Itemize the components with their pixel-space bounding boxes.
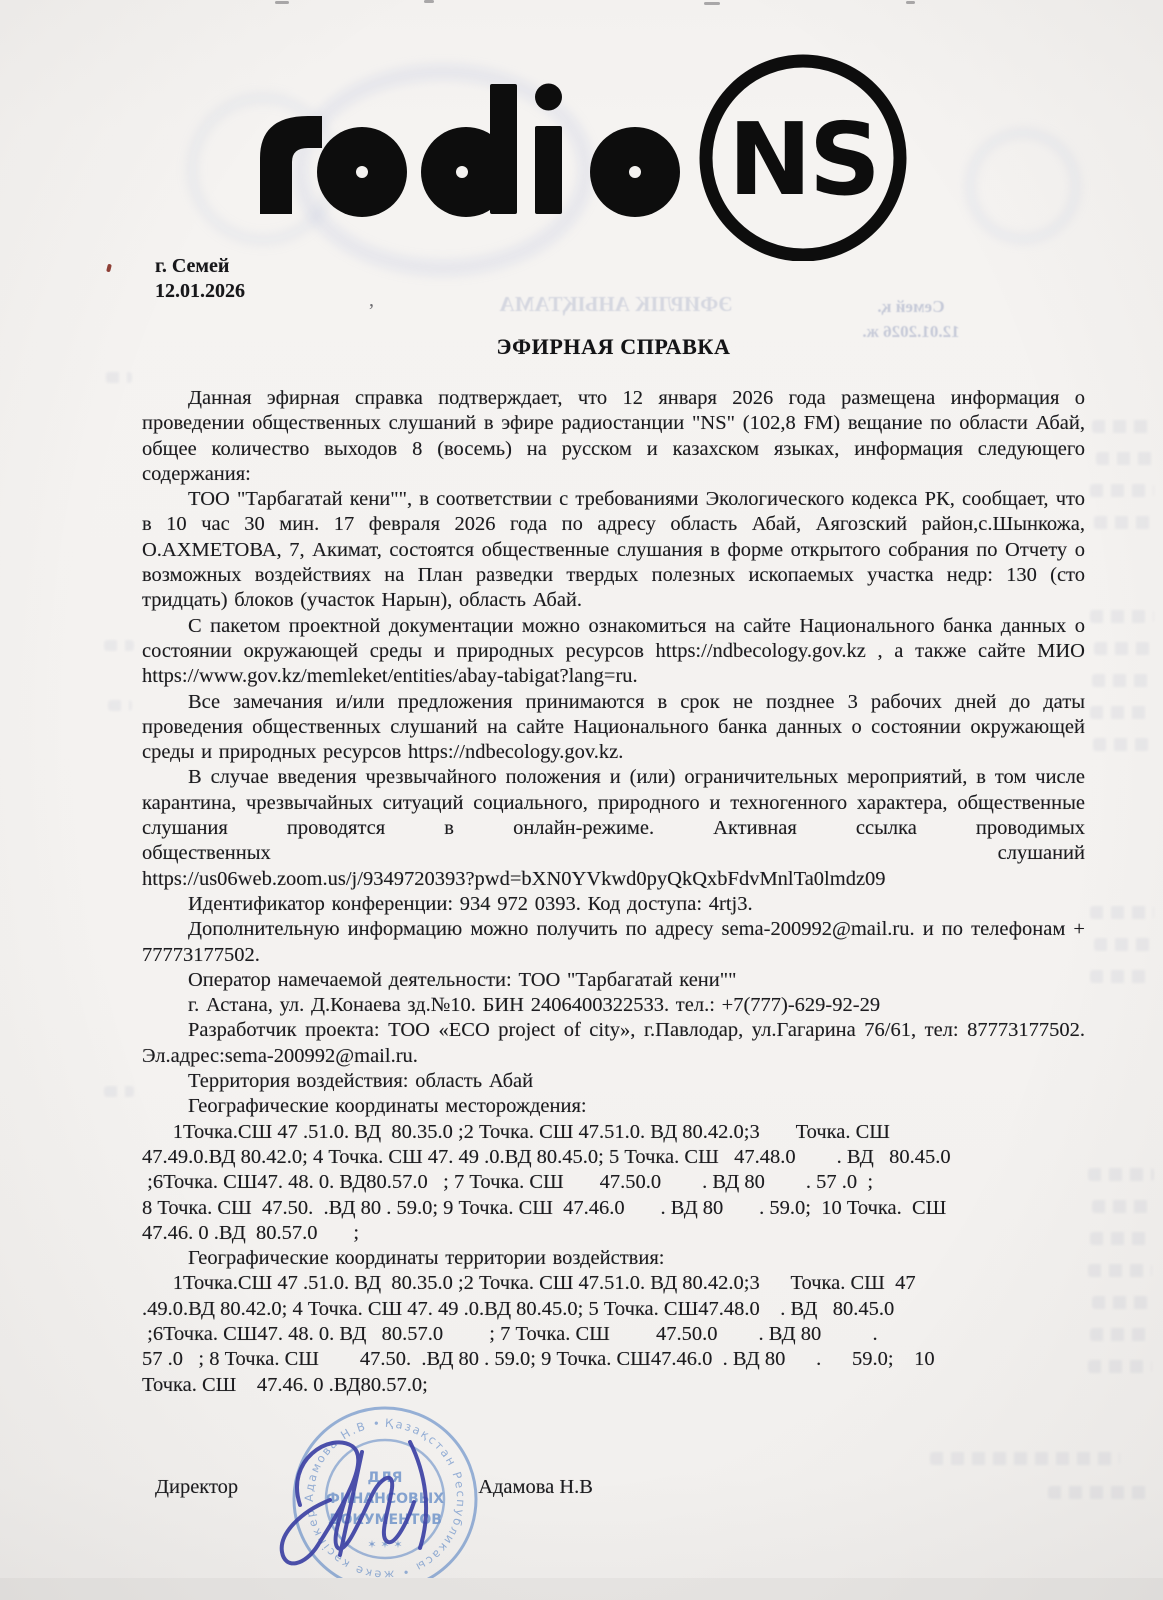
director-label: Директор — [155, 1476, 238, 1499]
paragraph: Разработчик проекта: ТОО «ECO project of… — [142, 1018, 1085, 1069]
bleedthrough-city: Семей қ. — [842, 294, 980, 319]
letter-r — [260, 116, 322, 214]
bleedthrough-smudge — [104, 1086, 134, 1097]
letter-i-dot — [535, 84, 562, 111]
bleedthrough-smudge — [1090, 484, 1154, 497]
bleedthrough-smudge — [1090, 706, 1152, 719]
bleedthrough-smudge — [1088, 1168, 1154, 1181]
bleedthrough-smudge — [108, 700, 132, 711]
scan-edge-speck — [704, 2, 720, 5]
document-title: ЭФИРНАЯ СПРАВКА — [497, 334, 731, 359]
paragraph: С пакетом проектной документации можно о… — [142, 614, 1085, 690]
bleedthrough-smudge — [1094, 516, 1152, 529]
body-text: Данная эфирная справка подтверждает, что… — [142, 386, 1085, 1398]
scan-edge-speck — [906, 1, 915, 4]
bleedthrough-smudge — [1088, 1264, 1152, 1277]
bleedthrough-smudge — [1090, 1232, 1152, 1245]
bleedthrough-smudge — [1092, 420, 1154, 433]
handwritten-signature — [240, 1412, 500, 1572]
paragraph: В случае введения чрезвычайного положени… — [142, 765, 1085, 841]
bleedthrough-smudge — [1090, 906, 1154, 919]
coords-impact: 1Точка.СШ 47 .51.0. ВД 80.35.0 ;2 Точка.… — [142, 1271, 1085, 1397]
pen-tick-mark — [106, 264, 112, 273]
stray-ink-mark: ’ — [368, 300, 375, 323]
paragraph: Дополнительную информацию можно получить… — [142, 917, 1085, 968]
bleedthrough-kazakh-title: ЭФИРЛІК АНЫҚТАМА — [420, 292, 812, 317]
paragraph: Географические координаты территории воз… — [142, 1246, 1085, 1271]
paragraph: Географические координаты месторождения: — [142, 1094, 1085, 1119]
bleedthrough-smudge — [1090, 970, 1152, 983]
bleedthrough-smudge — [1092, 1296, 1148, 1309]
scan-edge-band — [0, 1578, 1163, 1600]
title-wrap: ЭФИРНАЯ СПРАВКА — [142, 334, 1085, 360]
logo-bleedthrough-ring — [965, 128, 1081, 244]
bleedthrough-smudge — [1094, 938, 1150, 951]
bleedthrough-smudge — [1090, 610, 1154, 623]
split-line-right: слушаний — [998, 841, 1085, 866]
paragraph: Данная эфирная справка подтверждает, что… — [142, 386, 1085, 487]
paragraph: https://us06web.zoom.us/j/9349720393?pwd… — [142, 867, 1085, 892]
bleedthrough-smudge — [1090, 1328, 1150, 1341]
letter-i — [535, 126, 562, 214]
bleedthrough-smudge — [930, 1452, 1120, 1465]
bleedthrough-smudge — [1092, 1200, 1150, 1213]
radio-ns-logo-graphic: NS — [250, 46, 925, 261]
paragraph: Территория воздействия: область Абай — [142, 1069, 1085, 1094]
city-line: г. Семей — [155, 254, 245, 279]
radio-ns-logo: radio NS — [250, 46, 925, 261]
bleedthrough-smudge — [1093, 738, 1149, 751]
scanned-document: radio NS г. Семей 12.01.2026 ’ ЭФИРЛІ — [0, 0, 1163, 1600]
bleedthrough-smudge — [1092, 674, 1152, 687]
ns-letters: NS — [728, 101, 878, 218]
bleedthrough-smudge — [106, 372, 132, 383]
paragraph: ТОО "Тарбагатай кени"", в соответствии с… — [142, 487, 1085, 613]
bleedthrough-smudge — [1094, 642, 1150, 655]
city-date-block: г. Семей 12.01.2026 — [155, 254, 245, 304]
scan-edge-speck — [275, 1, 289, 4]
coords-deposit: 1Точка.СШ 47 .51.0. ВД 80.35.0 ;2 Точка.… — [142, 1120, 1085, 1246]
bleedthrough-smudge — [1096, 452, 1152, 465]
bleedthrough-smudge — [104, 640, 134, 651]
bleedthrough-smudge — [1088, 1360, 1152, 1373]
date-line: 12.01.2026 — [155, 279, 245, 304]
scan-edge-speck — [424, 0, 434, 3]
paragraph: общественныхслушаний — [142, 841, 1085, 866]
split-line-left: общественных — [142, 841, 271, 866]
paragraph: г. Астана, ул. Д.Конаева зд.№10. БИН 240… — [142, 993, 1085, 1018]
paragraph: Идентификатор конференции: 934 972 0393.… — [142, 892, 1085, 917]
paragraph: Все замечания и/или предложения принимаю… — [142, 690, 1085, 766]
letter-d-stem — [490, 84, 517, 214]
paragraph: Оператор намечаемой деятельности: ТОО "Т… — [142, 968, 1085, 993]
